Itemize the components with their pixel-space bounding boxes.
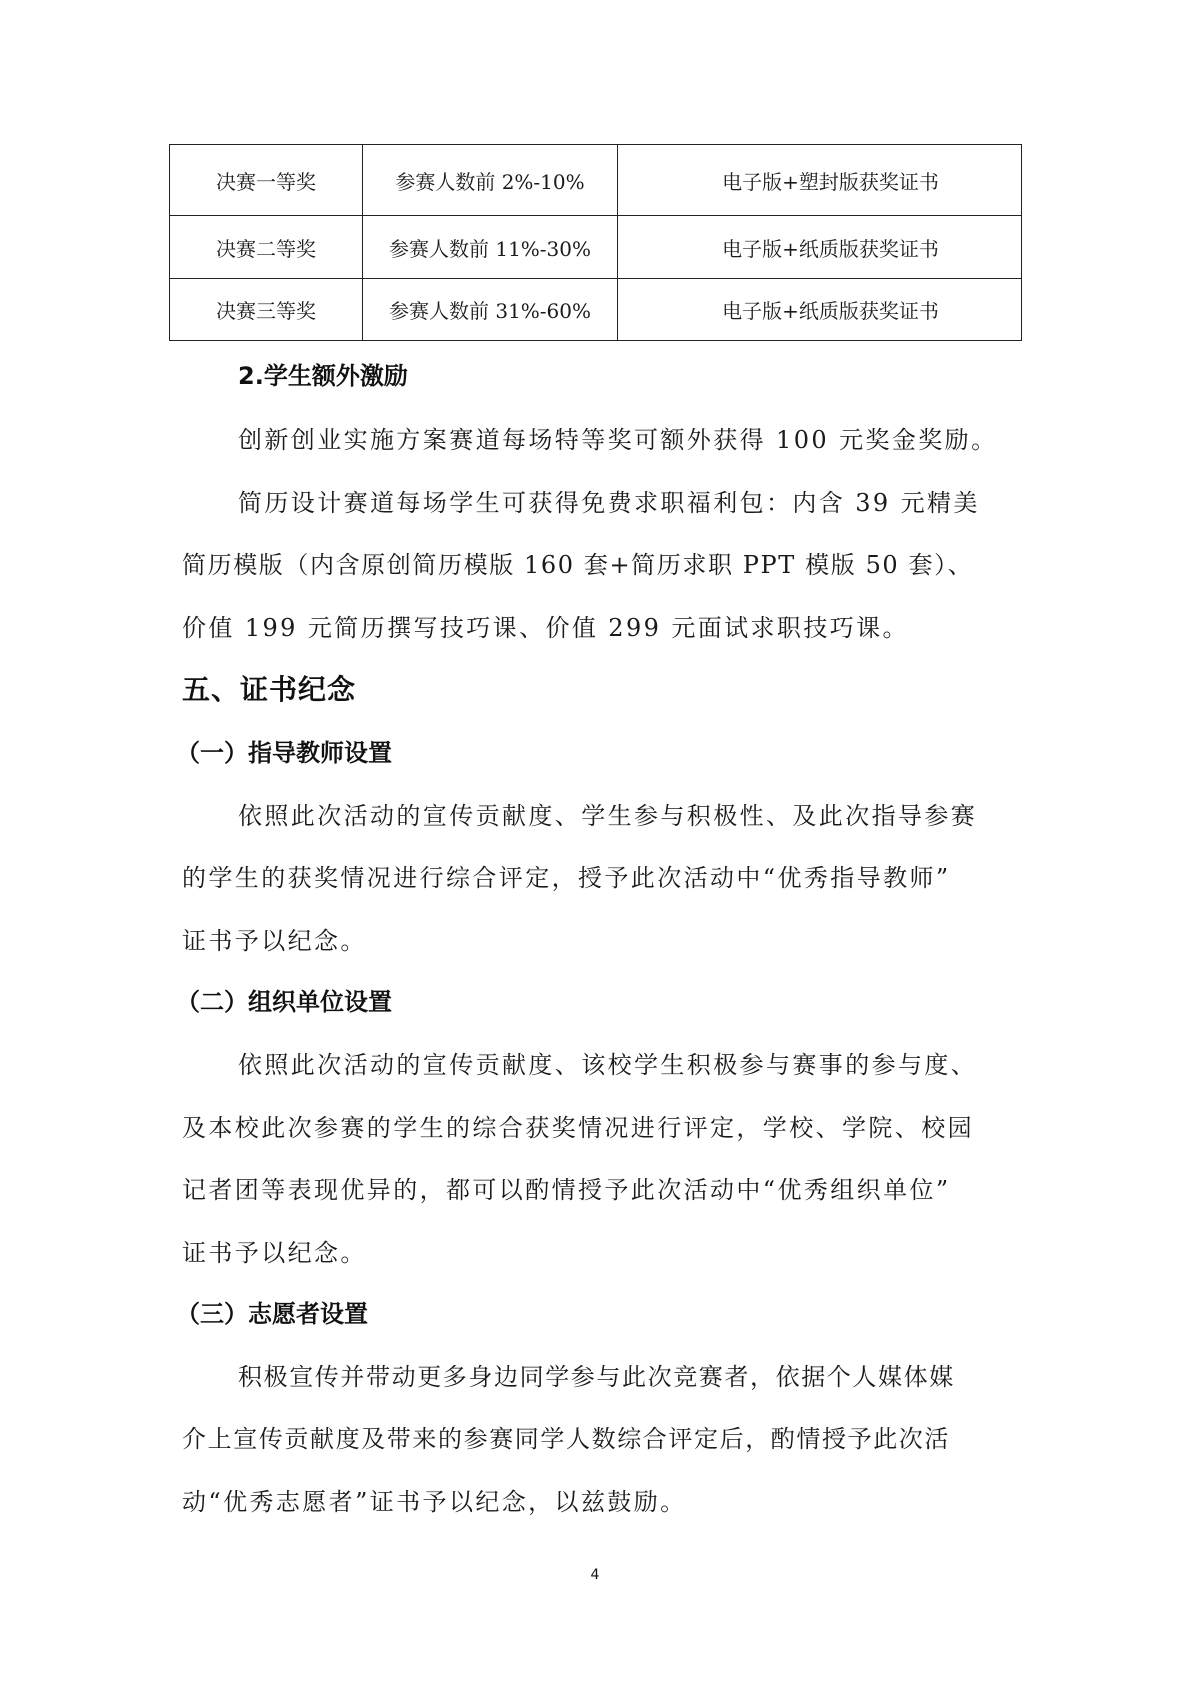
- document-page: 决赛一等奖 参赛人数前 2%-10% 电子版+塑封版获奖证书 决赛二等奖 参赛人…: [0, 0, 1190, 1683]
- subsection-heading: （一）指导教师设置: [176, 737, 392, 769]
- paragraph-line: 的学生的获奖情况进行综合评定，授予此次活动中“优秀指导教师”: [182, 862, 951, 894]
- paragraph-line: 价值 199 元简历撰写技巧课、价值 299 元面试求职技巧课。: [182, 612, 909, 644]
- award-level-cell: 决赛三等奖: [170, 279, 363, 341]
- paragraph-line: 简历模版（内含原创简历模版 160 套+简历求职 PPT 模版 50 套）、: [182, 549, 973, 581]
- award-table: 决赛一等奖 参赛人数前 2%-10% 电子版+塑封版获奖证书 决赛二等奖 参赛人…: [169, 144, 1022, 341]
- paragraph-line: 创新创业实施方案赛道每场特等奖可额外获得 100 元奖金奖励。: [238, 424, 997, 456]
- subsection-heading: （三）志愿者设置: [176, 1298, 368, 1330]
- paragraph-line: 证书予以纪念。: [182, 925, 367, 957]
- paragraph-line: 依照此次活动的宣传贡献度、该校学生积极参与赛事的参与度、: [238, 1049, 977, 1081]
- award-level-cell: 决赛二等奖: [170, 216, 363, 279]
- paragraph-line: 记者团等表现优异的，都可以酌情授予此次活动中“优秀组织单位”: [182, 1174, 951, 1206]
- paragraph-line: 积极宣传并带动更多身边同学参与此次竞赛者，依据个人媒体媒: [238, 1361, 955, 1393]
- paragraph-line: 介上宣传贡献度及带来的参赛同学人数综合评定后，酌情授予此次活: [182, 1423, 950, 1455]
- award-level-cell: 决赛一等奖: [170, 145, 363, 216]
- paragraph-line: 证书予以纪念。: [182, 1237, 367, 1269]
- subsection-heading: （二）组织单位设置: [176, 986, 392, 1018]
- criteria-cell: 参赛人数前 11%-30%: [363, 216, 618, 279]
- criteria-cell: 参赛人数前 31%-60%: [363, 279, 618, 341]
- paragraph-line: 动“优秀志愿者”证书予以纪念，以兹鼓励。: [182, 1486, 687, 1518]
- student-incentive-heading: 2.学生额外激励: [238, 360, 408, 392]
- paragraph-line: 依照此次活动的宣传贡献度、学生参与积极性、及此次指导参赛: [238, 800, 977, 832]
- criteria-cell: 参赛人数前 2%-10%: [363, 145, 618, 216]
- page-number: 4: [0, 1567, 1190, 1583]
- table-row: 决赛二等奖 参赛人数前 11%-30% 电子版+纸质版获奖证书: [170, 216, 1022, 279]
- certificate-cell: 电子版+塑封版获奖证书: [618, 145, 1022, 216]
- paragraph-line: 及本校此次参赛的学生的综合获奖情况进行评定，学校、学院、校园: [182, 1112, 974, 1144]
- table-row: 决赛一等奖 参赛人数前 2%-10% 电子版+塑封版获奖证书: [170, 145, 1022, 216]
- certificate-cell: 电子版+纸质版获奖证书: [618, 216, 1022, 279]
- section-heading: 五、证书纪念: [182, 672, 356, 708]
- certificate-cell: 电子版+纸质版获奖证书: [618, 279, 1022, 341]
- table-row: 决赛三等奖 参赛人数前 31%-60% 电子版+纸质版获奖证书: [170, 279, 1022, 341]
- paragraph-line: 简历设计赛道每场学生可获得免费求职福利包：内含 39 元精美: [238, 487, 980, 519]
